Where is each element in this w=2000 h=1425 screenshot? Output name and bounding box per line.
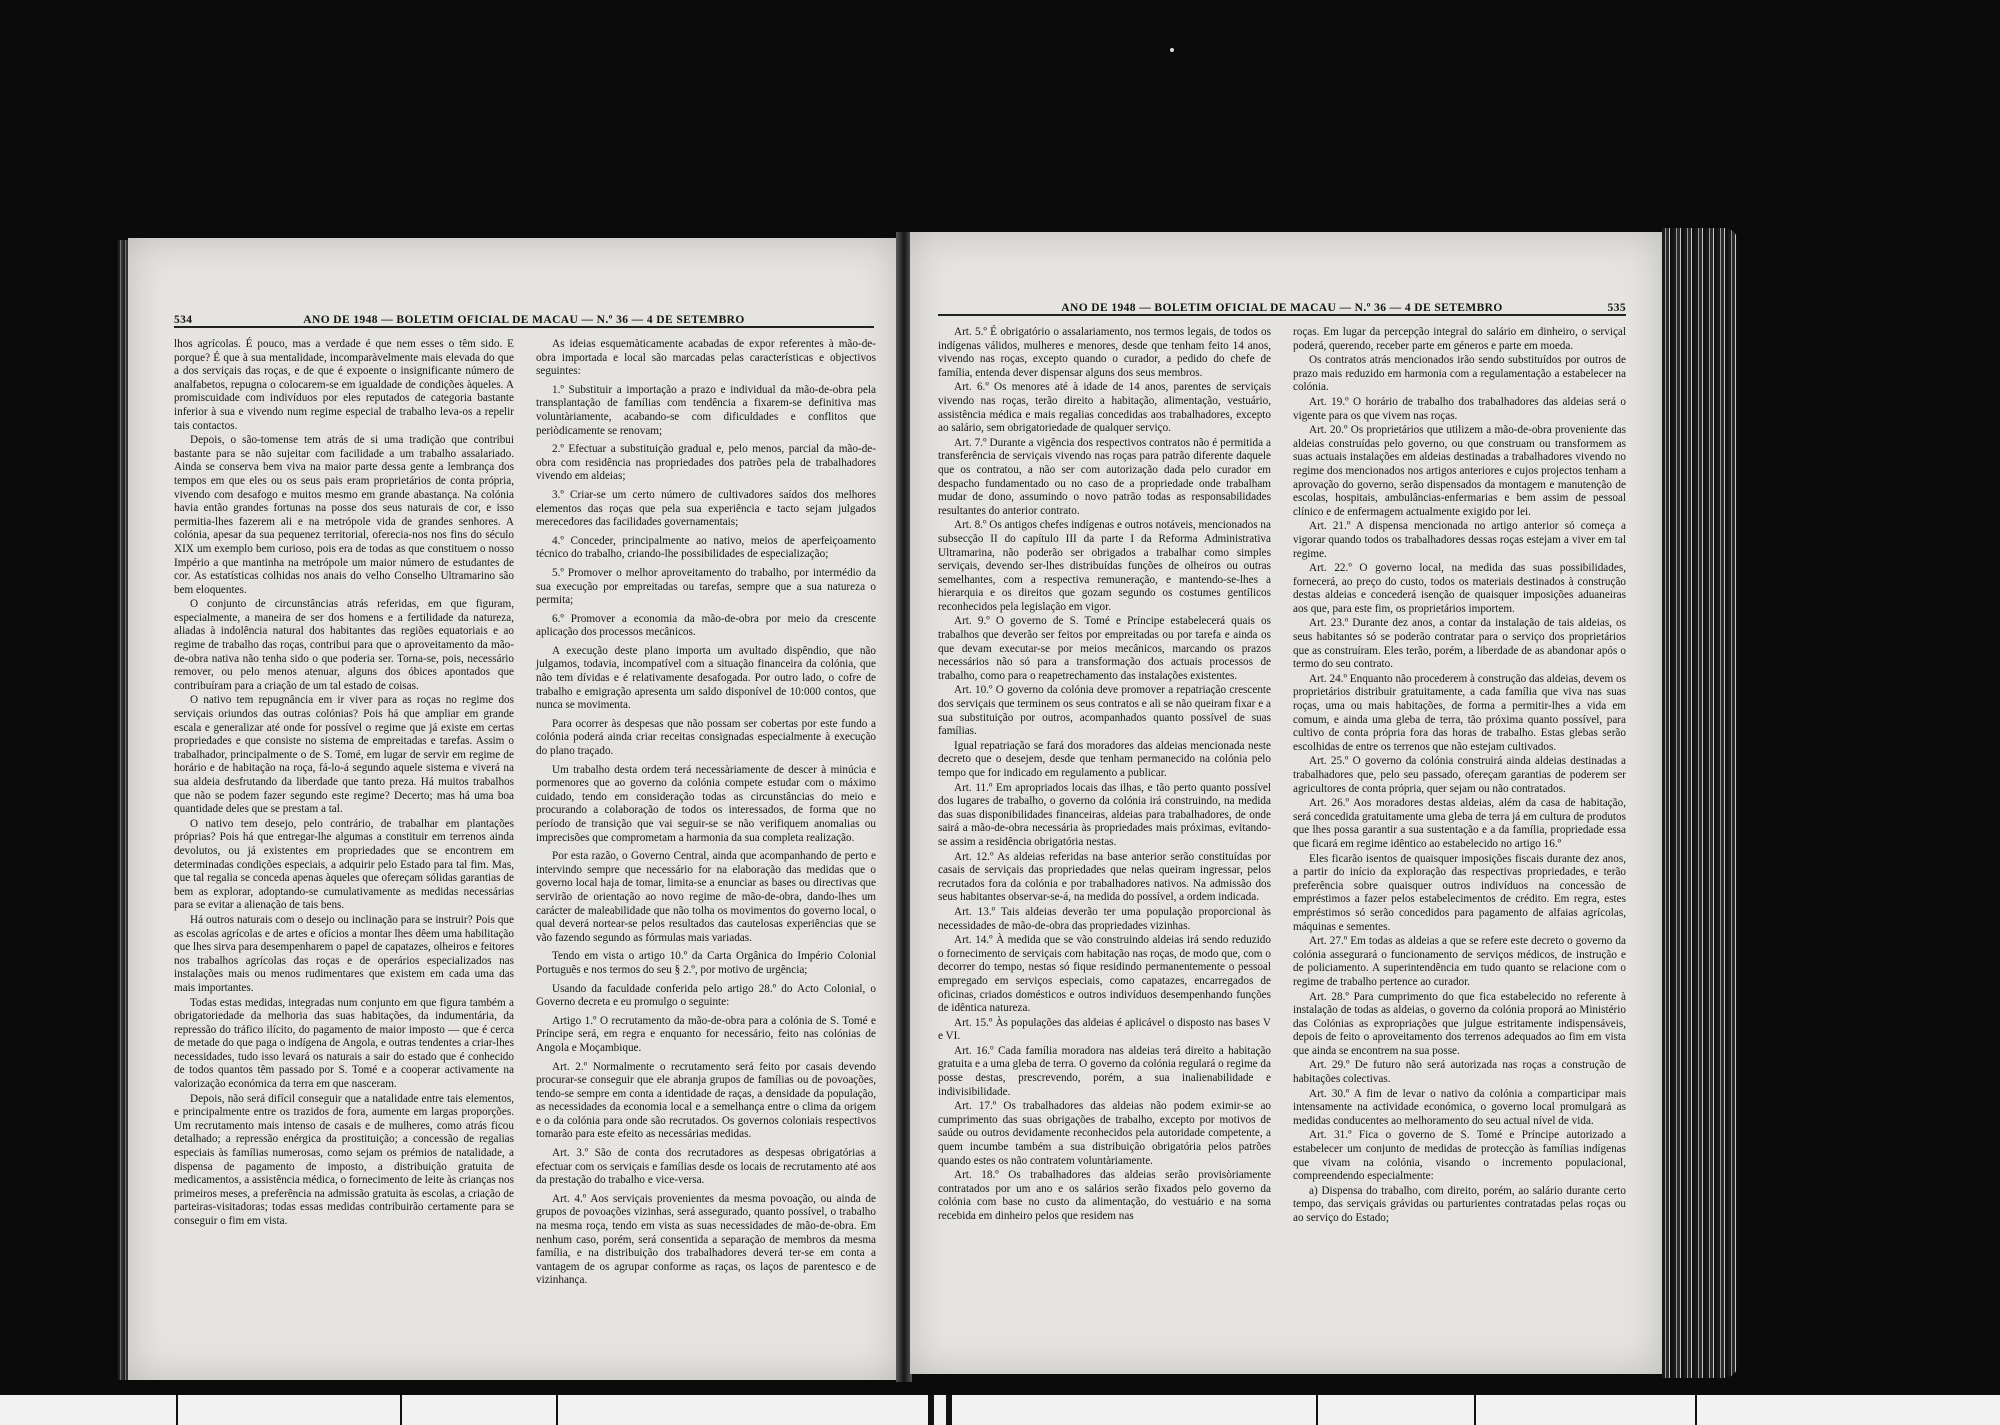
- paragraph: Depois, não será difícil conseguir que a…: [174, 1093, 514, 1229]
- left-page: 534 ANO DE 1948 — BOLETIM OFICIAL DE MAC…: [128, 238, 898, 1380]
- book-fore-edge: [1662, 228, 1738, 1378]
- paragraph: O conjunto de circunstâncias atrás refer…: [174, 598, 514, 693]
- paragraph: Todas estas medidas, integradas num conj…: [174, 997, 514, 1092]
- paragraph: Usando da faculdade conferida pelo artig…: [536, 983, 876, 1010]
- scan-tick-mark: [946, 1395, 952, 1425]
- article: Art. 24.º Enquanto não procederem à cons…: [1293, 673, 1626, 755]
- page-number: 535: [1586, 302, 1626, 314]
- paragraph: Um trabalho desta ordem terá necessàriam…: [536, 764, 876, 846]
- dust-speck: [1170, 48, 1174, 52]
- article: Art. 21.º A dispensa mencionada no artig…: [1293, 520, 1626, 561]
- scan-tick-mark: [928, 1395, 934, 1425]
- article: Art. 15.º Às populações das aldeias é ap…: [938, 1017, 1271, 1044]
- article: Art. 4.º Aos serviçais provenientes da m…: [536, 1193, 876, 1288]
- article: Art. 16.º Cada família moradora nas alde…: [938, 1045, 1271, 1099]
- article: Art. 14.º À medida que se vão construind…: [938, 934, 1271, 1016]
- paragraph: As ideias esquemàticamente acabadas de e…: [536, 338, 876, 379]
- article: Art. 6.º Os menores até à idade de 14 an…: [938, 381, 1271, 435]
- paragraph: roças. Em lugar da percepção integral do…: [1293, 326, 1626, 353]
- scan-tick-mark: [1316, 1395, 1318, 1425]
- right-page-column-2: roças. Em lugar da percepção integral do…: [1293, 326, 1626, 1354]
- article: Art. 30.º A fim de levar o nativo da col…: [1293, 1088, 1626, 1129]
- list-item: 6.º Promover a economia da mão-de-obra p…: [536, 613, 876, 640]
- paragraph: Igual repatriação se fará dos moradores …: [938, 740, 1271, 781]
- right-page-header: ANO DE 1948 — BOLETIM OFICIAL DE MACAU —…: [938, 288, 1626, 316]
- paragraph: Há outros naturais com o desejo ou incli…: [174, 914, 514, 996]
- scan-tick-mark: [556, 1395, 558, 1425]
- scan-tick-mark: [1474, 1395, 1476, 1425]
- article: Art. 12.º As aldeias referidas na base a…: [938, 851, 1271, 905]
- scan-tick-mark: [400, 1395, 402, 1425]
- article: Art. 19.º O horário de trabalho dos trab…: [1293, 396, 1626, 423]
- paragraph: lhos agrícolas. É pouco, mas a verdade é…: [174, 338, 514, 433]
- article: Art. 9.º O governo de S. Tomé e Príncipe…: [938, 615, 1271, 683]
- article: Art. 3.º São de conta dos recrutadores a…: [536, 1147, 876, 1188]
- page-number: 534: [174, 314, 214, 326]
- right-page-column-1: Art. 5.º É obrigatório o assalariamento,…: [938, 326, 1271, 1354]
- paragraph: Os contratos atrás mencionados irão send…: [1293, 354, 1626, 395]
- article: Art. 13.º Tais aldeias deverão ter uma p…: [938, 906, 1271, 933]
- article: Art. 28.º Para cumprimento do que fica e…: [1293, 991, 1626, 1059]
- article: Art. 17.º Os trabalhadores das aldeias n…: [938, 1100, 1271, 1168]
- running-head: ANO DE 1948 — BOLETIM OFICIAL DE MACAU —…: [978, 302, 1586, 314]
- article: Art. 2.º Normalmente o recrutamento será…: [536, 1061, 876, 1143]
- list-item: 5.º Promover o melhor aproveitamento do …: [536, 567, 876, 608]
- list-item: 4.º Conceder, principalmente ao nativo, …: [536, 535, 876, 562]
- article: Art. 22.º O governo local, na medida das…: [1293, 562, 1626, 616]
- article: Art. 5.º É obrigatório o assalariamento,…: [938, 326, 1271, 380]
- article: Art. 11.º Em apropriados locais das ilha…: [938, 782, 1271, 850]
- article: Art. 25.º O governo da colónia construir…: [1293, 755, 1626, 796]
- article: Art. 27.º Em todas as aldeias a que se r…: [1293, 935, 1626, 989]
- scan-tick-mark: [1695, 1395, 1697, 1425]
- article: Art. 8.º Os antigos chefes indígenas e o…: [938, 519, 1271, 614]
- paragraph: Eles ficarão isentos de quaisquer imposi…: [1293, 853, 1626, 935]
- paragraph: O nativo tem desejo, pelo contrário, de …: [174, 818, 514, 913]
- left-page-header: 534 ANO DE 1948 — BOLETIM OFICIAL DE MAC…: [174, 300, 874, 328]
- article: Art. 26.º Aos moradores destas aldeias, …: [1293, 797, 1626, 851]
- scan-tick-mark: [176, 1395, 178, 1425]
- article: Art. 10.º O governo da colónia deve prom…: [938, 684, 1271, 738]
- article: Art. 23.º Durante dez anos, a contar da …: [1293, 617, 1626, 671]
- article: Art. 7.º Durante a vigência dos respecti…: [938, 437, 1271, 519]
- paragraph: Depois, o são-tomense tem atrás de si um…: [174, 434, 514, 597]
- right-page: ANO DE 1948 — BOLETIM OFICIAL DE MACAU —…: [910, 232, 1662, 1374]
- article: Artigo 1.º O recrutamento da mão-de-obra…: [536, 1015, 876, 1056]
- paragraph: O nativo tem repugnância em ir viver par…: [174, 694, 514, 816]
- paragraph: Tendo em vista o artigo 10.º da Carta Or…: [536, 950, 876, 977]
- article: Art. 29.º De futuro não será autorizada …: [1293, 1059, 1626, 1086]
- paragraph: Por esta razão, o Governo Central, ainda…: [536, 850, 876, 945]
- left-page-column-2: As ideias esquemàticamente acabadas de e…: [536, 338, 876, 1360]
- article: Art. 20.º Os proprietários que utilizem …: [1293, 424, 1626, 519]
- list-item: 2.º Efectuar a substituição gradual e, p…: [536, 443, 876, 484]
- list-item: a) Dispensa do trabalho, com direito, po…: [1293, 1185, 1626, 1226]
- paragraph: A execução deste plano importa um avulta…: [536, 645, 876, 713]
- running-head: ANO DE 1948 — BOLETIM OFICIAL DE MACAU —…: [214, 314, 834, 326]
- list-item: 3.º Criar-se um certo número de cultivad…: [536, 489, 876, 530]
- paragraph: Para ocorrer às despesas que não possam …: [536, 718, 876, 759]
- scanner-bottom-strip: [0, 1395, 2000, 1425]
- article: Art. 31.º Fica o governo de S. Tomé e Pr…: [1293, 1129, 1626, 1183]
- left-page-column-1: lhos agrícolas. É pouco, mas a verdade é…: [174, 338, 514, 1360]
- article: Art. 18.º Os trabalhadores das aldeias s…: [938, 1169, 1271, 1223]
- list-item: 1.º Substituir a importação a prazo e in…: [536, 384, 876, 438]
